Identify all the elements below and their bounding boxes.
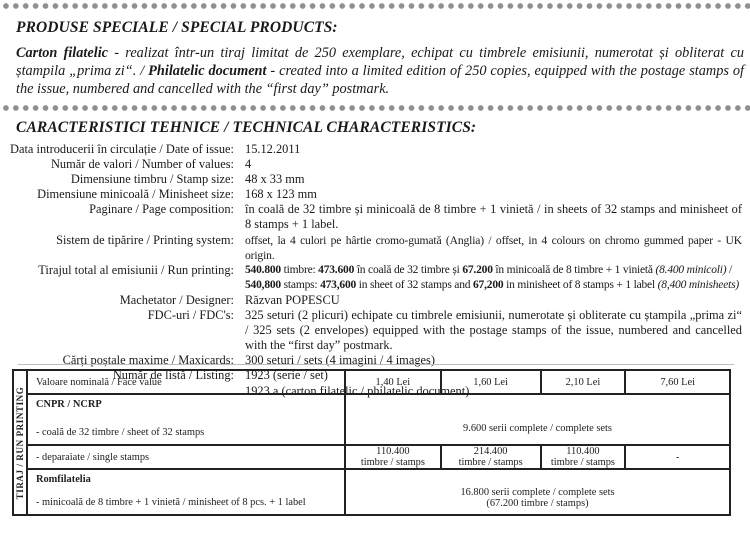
cnpr-sheet-label: - coală de 32 timbre / sheet of 32 stamp…: [36, 427, 344, 438]
special-products-title: PRODUSE SPECIALE / SPECIAL PRODUCTS:: [16, 19, 338, 37]
spec-label: FDC-uri / FDC's:: [0, 308, 234, 353]
spec-row-designer: Machetator / Designer: Răzvan POPESCU: [0, 293, 750, 308]
single-unit: timbre / stamps: [346, 457, 440, 468]
spec-label: Machetator / Designer:: [0, 293, 234, 308]
romfilatelia-label: - minicoală de 8 timbre + 1 vinietă / mi…: [36, 497, 344, 508]
side-label-cell: TIRAJ / RUN PRINTING: [13, 370, 27, 515]
run-text: in minisheet of 8 stamps + 1 label: [503, 279, 657, 291]
philatelic-card-ro-term: Carton filatelic: [16, 45, 108, 61]
technical-specs-list: Data introducerii în circulație / Date o…: [0, 142, 750, 399]
dotted-separator-top: [0, 2, 750, 10]
spec-value: 48 x 33 mm: [245, 172, 742, 187]
single-value-3: 110.400 timbre / stamps: [541, 445, 626, 469]
spec-value: 540.800 timbre: 473.600 în coală de 32 t…: [245, 263, 742, 293]
spec-row-printing-system: Sistem de tipărire / Printing system: of…: [0, 233, 750, 263]
face-value-4: 7,60 Lei: [625, 370, 730, 394]
single-value-1: 110.400 timbre / stamps: [345, 445, 441, 469]
spec-label: Dimensiune minicoală / Minisheet size:: [0, 187, 234, 202]
single-count: 110.400: [542, 446, 625, 457]
romfilatelia-value: 16.800 serii complete / complete sets (6…: [345, 469, 730, 515]
romfilatelia-row: Romfilatelia - minicoală de 8 timbre + 1…: [13, 469, 730, 515]
romfilatelia-cell: Romfilatelia - minicoală de 8 timbre + 1…: [27, 469, 345, 515]
run-text: stamps:: [281, 279, 320, 291]
run-sheet-ro: 473.600: [318, 264, 354, 276]
spec-label: Sistem de tipărire / Printing system:: [0, 233, 234, 263]
spec-label: Data introducerii în circulație / Date o…: [0, 142, 234, 157]
cnpr-sheet-row: CNPR / NCRP - coală de 32 timbre / sheet…: [13, 394, 730, 445]
run-text: in sheet of 32 stamps and: [356, 279, 473, 291]
spec-row-date: Data introducerii în circulație / Date o…: [0, 142, 750, 157]
special-products-description: Carton filatelic - realizat într-un tira…: [16, 44, 744, 98]
run-text: timbre:: [281, 264, 318, 276]
run-note-en: (8,400 minisheets): [658, 279, 739, 291]
dotted-separator-middle: [0, 104, 750, 112]
cnpr-sheet-value: 9.600 serii complete / complete sets: [345, 394, 730, 445]
horizontal-rule: [18, 364, 734, 365]
spec-label: Număr de valori / Number of values:: [0, 157, 234, 172]
single-count: -: [626, 452, 729, 463]
spec-value: 15.12.2011: [245, 142, 742, 157]
face-value-label: Valoare nominală / Face value: [27, 370, 345, 394]
spec-label: Tirajul total al emisiunii / Run printin…: [0, 263, 234, 293]
run-total-en: 540,800: [245, 279, 281, 291]
spec-row-minisheet-size: Dimensiune minicoală / Minisheet size: 1…: [0, 187, 750, 202]
face-value-3: 2,10 Lei: [541, 370, 626, 394]
spec-row-fdc: FDC-uri / FDC's: 325 seturi (2 plicuri) …: [0, 308, 750, 353]
romfilatelia-value-line1: 16.800 serii complete / complete sets: [346, 487, 729, 498]
spec-row-stamp-size: Dimensiune timbru / Stamp size: 48 x 33 …: [0, 172, 750, 187]
spec-value: 4: [245, 157, 742, 172]
run-text: în coală de 32 timbre și: [354, 264, 462, 276]
run-total-ro: 540.800: [245, 264, 281, 276]
run-note-ro: (8.400 minicoli): [655, 264, 726, 276]
single-value-4: -: [625, 445, 730, 469]
spec-row-maxicards: Cărți poștale maxime / Maxicards: 300 se…: [0, 353, 750, 368]
cnpr-cell: CNPR / NCRP - coală de 32 timbre / sheet…: [27, 394, 345, 445]
single-unit: timbre / stamps: [442, 457, 540, 468]
spec-row-number-of-values: Număr de valori / Number of values: 4: [0, 157, 750, 172]
spec-value: în coală de 32 timbre și minicoală de 8 …: [245, 202, 742, 232]
run-sheet-en: 473,600: [320, 279, 356, 291]
romfilatelia-title: Romfilatelia: [36, 474, 344, 485]
single-value-2: 214.400 timbre / stamps: [441, 445, 541, 469]
single-stamps-label: - deparaiate / single stamps: [27, 445, 345, 469]
spec-value: Răzvan POPESCU: [245, 293, 742, 308]
spec-value: offset, la 4 culori pe hârtie cromo-guma…: [245, 233, 742, 263]
run-printing-table: TIRAJ / RUN PRINTING Valoare nominală / …: [12, 369, 731, 516]
spec-value: 325 seturi (2 plicuri) echipate cu timbr…: [245, 308, 742, 353]
single-count: 214.400: [442, 446, 540, 457]
run-mini-ro: 67.200: [462, 264, 492, 276]
single-unit: timbre / stamps: [542, 457, 625, 468]
single-count: 110.400: [346, 446, 440, 457]
philatelic-card-en-term: Philatelic document: [148, 63, 266, 79]
cnpr-title: CNPR / NCRP: [36, 399, 344, 410]
side-label: TIRAJ / RUN PRINTING: [15, 386, 25, 499]
face-value-2: 1,60 Lei: [441, 370, 541, 394]
spec-value: 300 seturi / sets (4 imagini / 4 images): [245, 353, 742, 368]
spec-label: Cărți poștale maxime / Maxicards:: [0, 353, 234, 368]
spec-label: Dimensiune timbru / Stamp size:: [0, 172, 234, 187]
run-text: /: [726, 264, 732, 276]
spec-row-page-composition: Paginare / Page composition: în coală de…: [0, 202, 750, 232]
spec-row-run-printing: Tirajul total al emisiunii / Run printin…: [0, 263, 750, 293]
spec-label: Paginare / Page composition:: [0, 202, 234, 232]
single-stamps-row: - deparaiate / single stamps 110.400 tim…: [13, 445, 730, 469]
run-mini-en: 67,200: [473, 279, 503, 291]
romfilatelia-value-line2: (67.200 timbre / stamps): [346, 498, 729, 509]
face-value-row: TIRAJ / RUN PRINTING Valoare nominală / …: [13, 370, 730, 394]
spec-value: 168 x 123 mm: [245, 187, 742, 202]
face-value-1: 1,40 Lei: [345, 370, 441, 394]
run-text: în minicoală de 8 timbre + 1 vinietă: [493, 264, 656, 276]
technical-characteristics-title: CARACTERISTICI TEHNICE / TECHNICAL CHARA…: [16, 119, 476, 137]
